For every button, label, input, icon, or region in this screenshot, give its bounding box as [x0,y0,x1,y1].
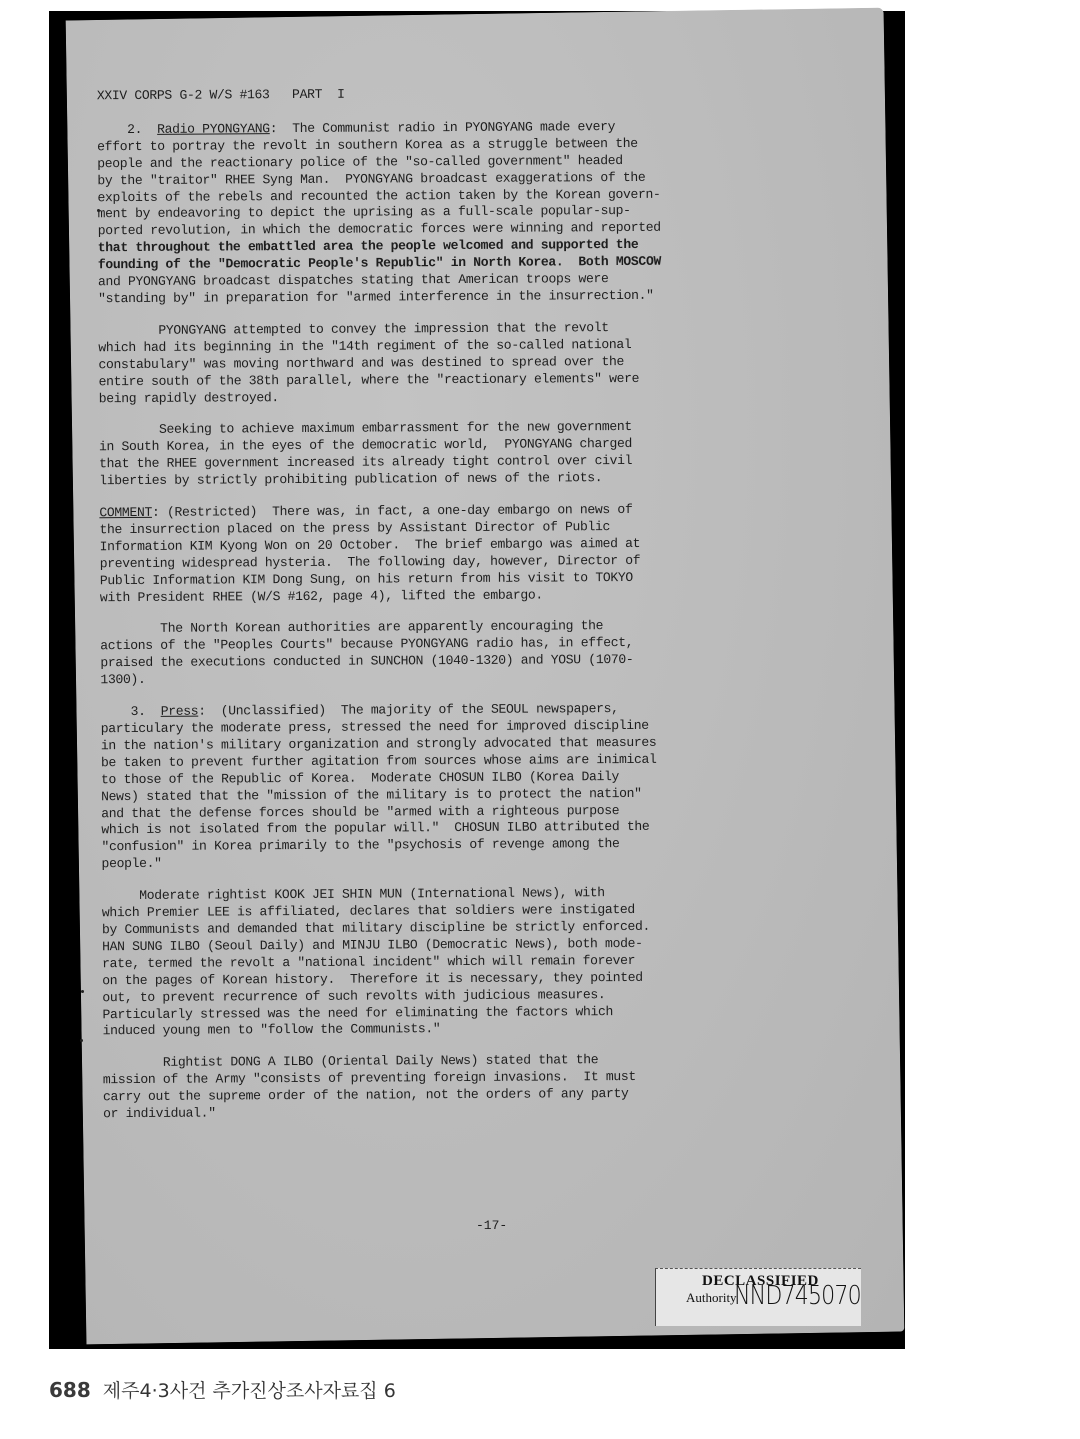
paragraph-radio-pyongyang: 2. Radio PYONGYANG: The Communist radio … [97,118,818,308]
scan-speck [80,1039,83,1042]
book-title: 제주4·3사건 추가진상조사자료집 6 [103,1380,396,1402]
declassified-stamp: DECLASSIFIED Authority NND745070 [655,1268,861,1326]
book-footer: 688 제주4·3사건 추가진상조사자료집 6 [49,1376,396,1403]
document-header: XXIV CORPS G-2 W/S #163 PART I [97,84,817,105]
authority-label: Authority [686,1290,737,1306]
comment-heading: COMMENT [99,505,152,520]
paragraph-kook-jei-shin-mun: Moderate rightist KOOK JEI SHIN MUN (Int… [102,884,823,1041]
section-heading: Press [161,704,199,719]
paragraph-press: 3. Press: (Unclassified) The majority of… [101,700,822,873]
section-heading: Radio PYONGYANG [157,121,270,137]
page-number: -17- [476,1218,507,1233]
paragraph-peoples-courts: The North Korean authorities are apparen… [100,617,820,689]
authority-value: NND745070 [734,1281,861,1311]
paragraph-embarrassment: Seeking to achieve maximum embarrassment… [99,418,819,490]
book-page-number: 688 [49,1378,91,1402]
paragraph-comment: COMMENT: (Restricted) There was, in fact… [99,501,820,607]
scan-speck [81,990,84,993]
paragraph-dong-a-ilbo: Rightist DONG A ILBO (Oriental Daily New… [103,1051,823,1123]
typed-text: XXIV CORPS G-2 W/S #163 PART I 2. Radio … [97,84,823,1138]
scan-speck [97,209,100,212]
paragraph-pyongyang-impression: PYONGYANG attempted to convey the impres… [98,319,819,408]
